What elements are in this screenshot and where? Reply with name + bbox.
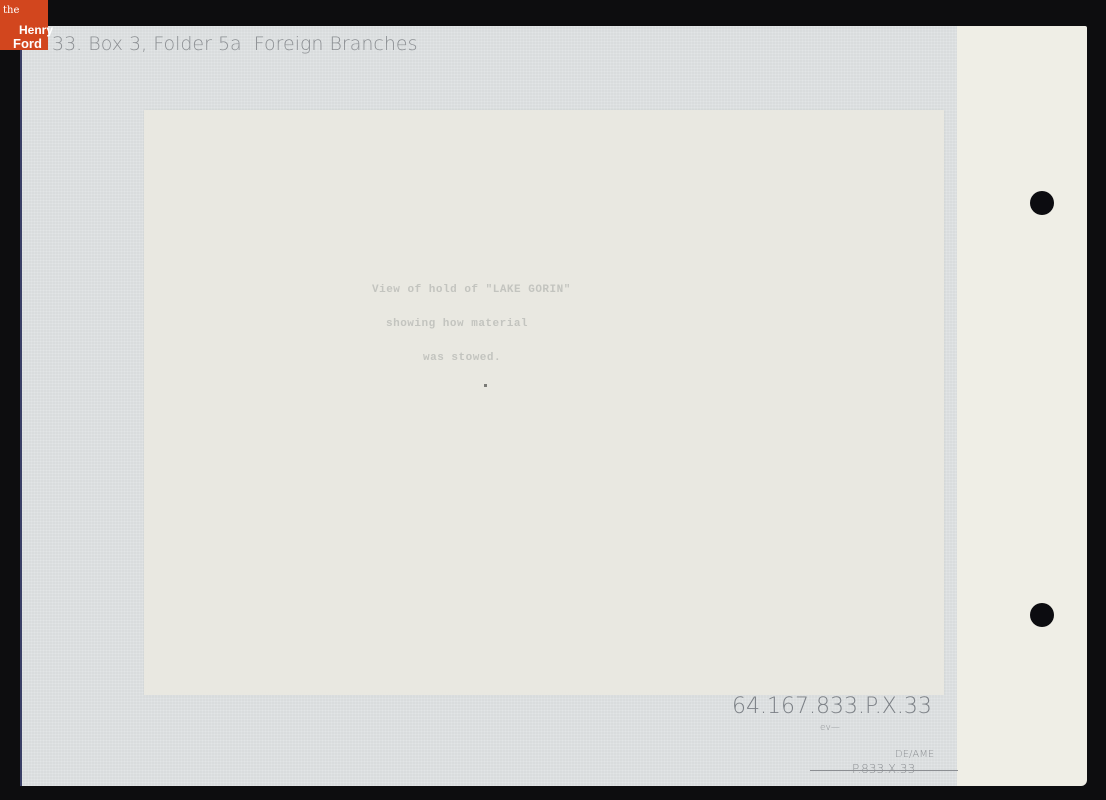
caption-line-3: was stowed.: [423, 352, 501, 364]
binder-hole-bottom: [1030, 603, 1054, 627]
strike-line: [810, 770, 958, 771]
logo-the: the: [3, 6, 19, 16]
struck-number: P.833.X.33: [852, 762, 915, 776]
caption-line-2: showing how material: [386, 318, 528, 330]
deaccession-note: DE/AME: [895, 749, 934, 760]
logo-henry: Henry: [19, 24, 53, 36]
logo-ford: Ford: [13, 37, 42, 50]
henry-ford-logo: the Henry Ford: [0, 0, 48, 50]
binder-hole-top: [1030, 191, 1054, 215]
accession-number: 64.167.833.P.X.33: [732, 694, 932, 719]
ink-speck: [484, 384, 487, 387]
caption-line-1: View of hold of "LAKE GORIN": [372, 284, 571, 296]
photo-print-back: View of hold of "LAKE GORIN" showing how…: [144, 110, 944, 695]
folder-annotation: 33. Box 3, Folder 5a Foreign Branches: [52, 33, 418, 55]
initials: ev—: [820, 723, 840, 733]
